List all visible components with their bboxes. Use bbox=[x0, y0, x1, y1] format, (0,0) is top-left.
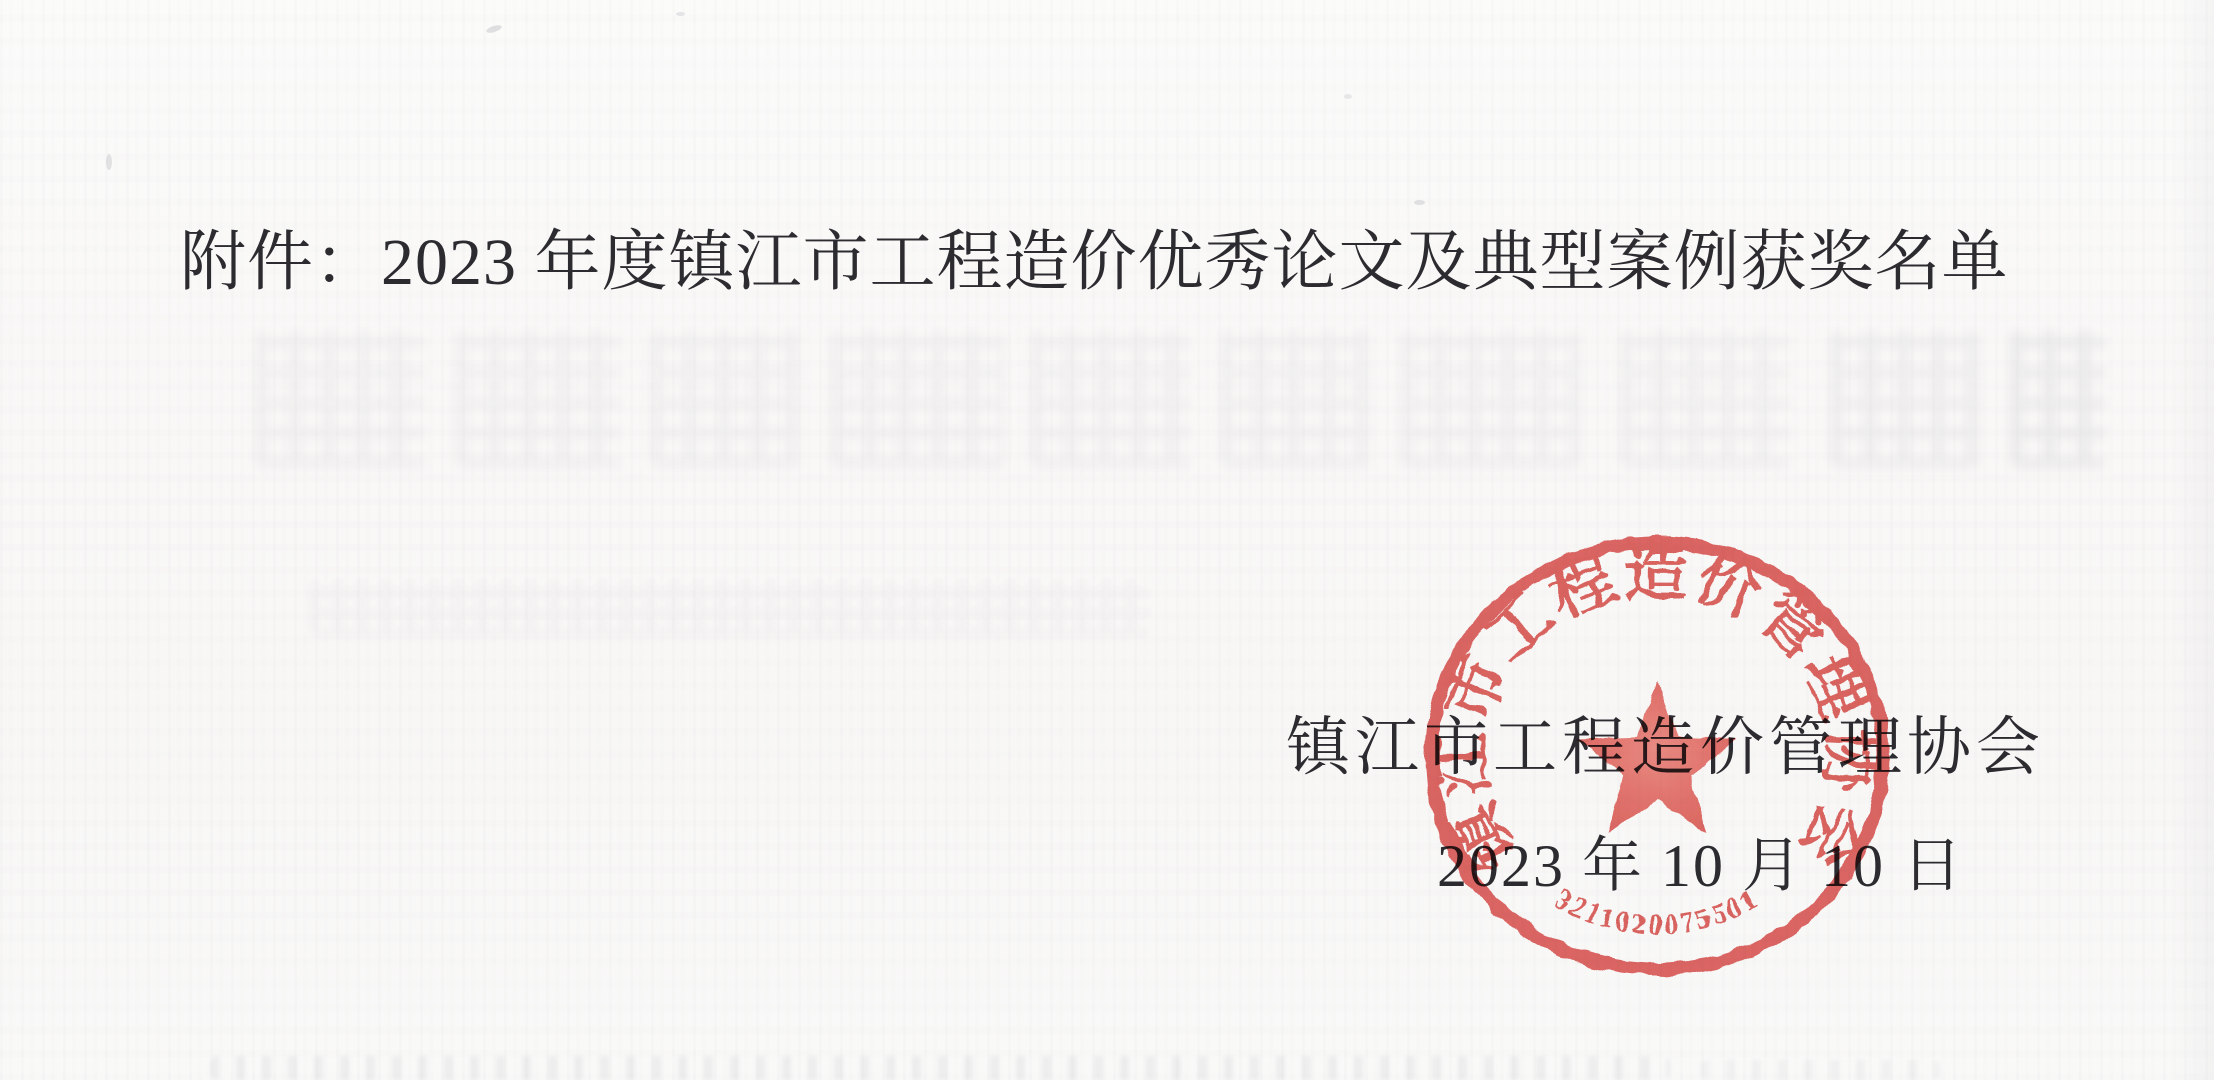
bleed-through-band bbox=[1700, 1060, 1940, 1080]
bleed-through-mark bbox=[1700, 1060, 1940, 1080]
bleed-through-mark bbox=[1400, 330, 1580, 468]
scan-speck bbox=[106, 154, 112, 170]
seal-code: 3211020075501 bbox=[1549, 883, 1765, 941]
bleed-through-mark bbox=[1830, 330, 1980, 468]
bleed-through-mark bbox=[650, 330, 800, 468]
bleed-through-mark bbox=[1030, 330, 1190, 468]
attachment-title: 附件：2023 年度镇江市工程造价优秀论文及典型案例获奖名单 bbox=[180, 208, 2009, 303]
scan-edge-shading bbox=[2170, 0, 2214, 1080]
bleed-through-mark bbox=[1620, 330, 1790, 468]
bleed-through-band bbox=[210, 1056, 1670, 1080]
bleed-through-band bbox=[310, 580, 1150, 636]
scan-speck bbox=[485, 24, 502, 35]
seal-code-container: 3211020075501 bbox=[1549, 883, 1765, 941]
scan-speck bbox=[1414, 200, 1425, 205]
bleed-through-mark bbox=[455, 330, 620, 468]
scan-speck bbox=[676, 12, 685, 16]
bleed-through-mark bbox=[1220, 330, 1370, 468]
scanned-document: { "document": { "title": "附件：2023 年度镇江市工… bbox=[0, 0, 2214, 1080]
bleed-through-mark bbox=[210, 1056, 1670, 1080]
bleed-through-mark bbox=[830, 330, 1005, 468]
bleed-through-mark bbox=[2010, 330, 2105, 468]
bleed-through-mark bbox=[310, 580, 1150, 636]
bleed-through-band bbox=[0, 330, 2214, 468]
official-seal: 镇江市工程造价管理协会 3211020075501 bbox=[1417, 528, 1897, 984]
bleed-through-mark bbox=[255, 330, 425, 468]
star-icon bbox=[1577, 681, 1737, 833]
scan-speck bbox=[1344, 94, 1352, 99]
